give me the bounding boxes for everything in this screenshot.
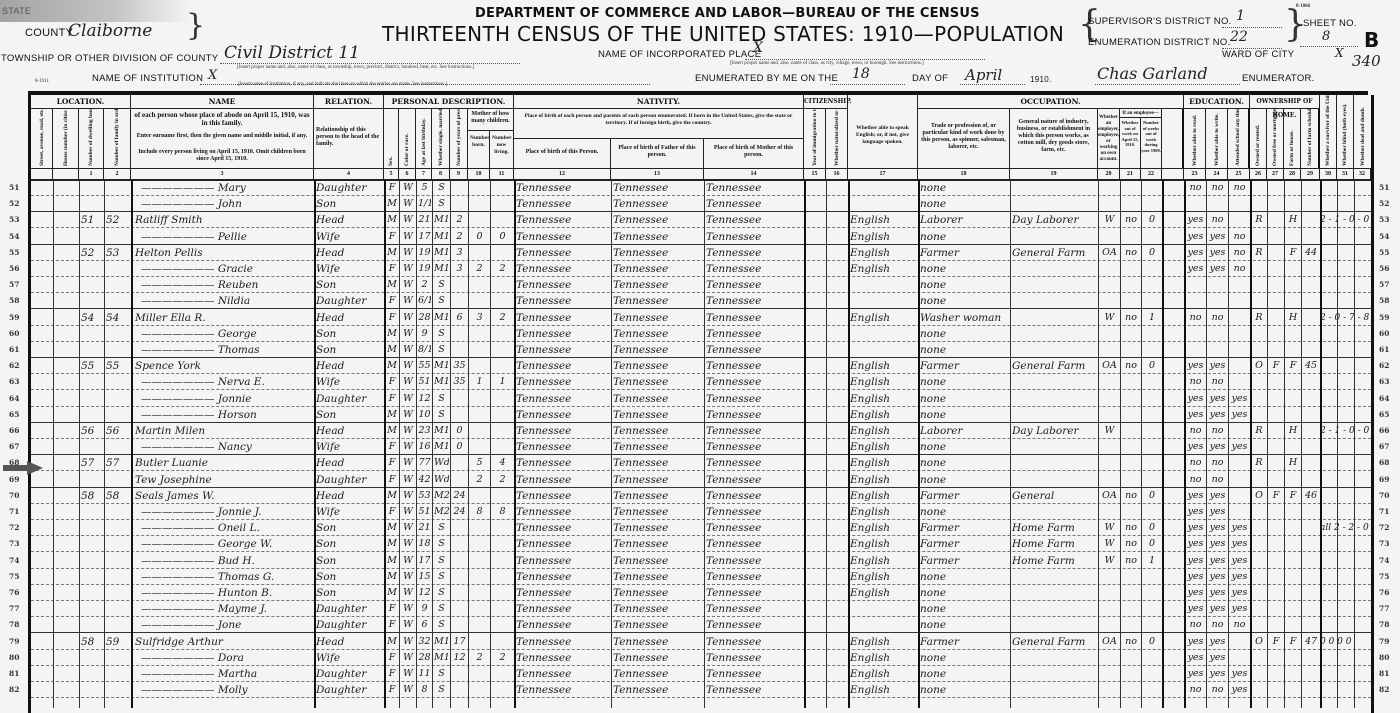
cell-sex: F	[386, 293, 398, 309]
cell-out	[1122, 504, 1140, 520]
cell-age: 6	[418, 617, 431, 633]
cell-industry	[1012, 310, 1097, 326]
cell-sex: M	[386, 326, 398, 342]
table-row: 5454Miller Ella R.HeadFW28M1632Tennessee…	[31, 310, 1371, 326]
cell-read: yes	[1186, 391, 1205, 407]
cell-family	[106, 650, 130, 666]
cell-dwelling	[81, 229, 103, 245]
cell-free	[1269, 520, 1283, 536]
header-employer: Whether an employer, employee, or workin…	[1098, 109, 1120, 168]
cell-dwelling	[81, 374, 103, 390]
group-nativity: NATIVITY.	[514, 95, 804, 109]
cell-emp	[1100, 229, 1119, 245]
person-name: Sulfridge Arthur	[133, 634, 315, 650]
table-row: ——————— MollyDaughterFW8STennesseeTennes…	[31, 682, 1371, 698]
cell-industry: Home Farm	[1012, 536, 1097, 552]
cell-sched	[1303, 342, 1319, 358]
table-row: ——————— NildiaDaughterFW6/12STennesseeTe…	[31, 293, 1371, 309]
cell-industry	[1012, 374, 1097, 390]
column-number: 2	[104, 169, 131, 179]
cell-marital: M2	[434, 488, 449, 504]
cell-years-married	[452, 472, 467, 488]
cell-read: yes	[1186, 553, 1205, 569]
cell-living	[492, 553, 513, 569]
person-name: Spence York	[133, 358, 315, 374]
cell-mother-birth: Tennessee	[706, 569, 803, 585]
cell-weeks: 0	[1143, 536, 1161, 552]
cell-write: no	[1208, 310, 1227, 326]
cell-dwelling	[81, 601, 103, 617]
cell-born: 1	[470, 374, 489, 390]
line-number-left: 64	[9, 394, 19, 403]
cell-read: yes	[1186, 407, 1205, 423]
cell-write: yes	[1208, 634, 1227, 650]
cell-veteran-marks: 2 - 1 - 0 - 0	[1320, 423, 1371, 439]
cell-sex: F	[386, 682, 398, 698]
cell-sex: F	[386, 180, 398, 196]
cell-trade: Laborer	[920, 212, 1009, 228]
cell-farm	[1286, 536, 1300, 552]
cell-write	[1208, 326, 1227, 342]
grid-line	[1206, 180, 1207, 708]
cell-family	[106, 293, 130, 309]
cell-mother-birth: Tennessee	[706, 342, 803, 358]
township-label: Township or other division of county	[1, 53, 218, 64]
cell-out	[1122, 261, 1140, 277]
cell-living	[492, 342, 513, 358]
cell-race: W	[401, 229, 415, 245]
cell-years-married: 17	[452, 634, 467, 650]
cell-race: W	[401, 666, 415, 682]
cell-trade: none	[920, 277, 1009, 293]
cell-industry: Day Laborer	[1012, 423, 1097, 439]
cell-sex: M	[386, 423, 398, 439]
cell-father-birth: Tennessee	[613, 423, 703, 439]
cell-school	[1230, 374, 1249, 390]
cell-father-birth: Tennessee	[613, 650, 703, 666]
group-education: EDUCATION.	[1184, 95, 1250, 109]
cell-age: 16	[418, 439, 431, 455]
cell-weeks	[1143, 666, 1161, 682]
cell-out: no	[1122, 536, 1140, 552]
cell-free	[1269, 650, 1283, 666]
line-number-left: 57	[9, 280, 19, 289]
cell-english: English	[850, 585, 917, 601]
cell-write: yes	[1208, 504, 1227, 520]
header-dwelling: Number of dwelling house in order of vis…	[79, 109, 104, 168]
cell-weeks	[1143, 439, 1161, 455]
line-number-right: 59	[1379, 313, 1389, 322]
cell-born	[470, 553, 489, 569]
cell-race: W	[401, 326, 415, 342]
cell-race: W	[401, 261, 415, 277]
cell-family: 56	[106, 423, 130, 439]
cell-race: W	[401, 180, 415, 196]
column-number: 24	[1206, 169, 1228, 179]
line-number-left: 55	[9, 248, 19, 257]
cell-farm	[1286, 666, 1300, 682]
cell-relation: Son	[316, 585, 383, 601]
cell-free	[1269, 245, 1283, 261]
cell-emp	[1100, 439, 1119, 455]
cell-race: W	[401, 423, 415, 439]
cell-born	[470, 569, 489, 585]
column-number: 11	[490, 169, 514, 179]
cell-english: English	[850, 391, 917, 407]
cell-sched	[1303, 585, 1319, 601]
cell-sex: F	[386, 504, 398, 520]
column-number: 15	[804, 169, 826, 179]
month-underline	[960, 84, 1025, 85]
cell-years-married: 3	[452, 245, 467, 261]
grid-line	[826, 180, 827, 708]
cell-mother-birth: Tennessee	[706, 310, 803, 326]
cell-dwelling	[81, 180, 103, 196]
sheet-side: B	[1364, 28, 1379, 52]
cell-industry	[1012, 650, 1097, 666]
cell-trade: none	[920, 374, 1009, 390]
cell-trade: Farmer	[920, 553, 1009, 569]
cell-age: 28	[418, 310, 431, 326]
table-row: ——————— MarthaDaughterFW11STennesseeTenn…	[31, 666, 1371, 682]
cell-living	[492, 277, 513, 293]
table-row: ——————— George W.SonMW18STennesseeTennes…	[31, 536, 1371, 552]
cell-farm	[1286, 407, 1300, 423]
cell-out	[1122, 569, 1140, 585]
person-name: ——————— Nancy	[133, 439, 321, 455]
cell-birth: Tennessee	[516, 650, 610, 666]
grid-line	[1337, 180, 1338, 708]
grid-line	[399, 180, 400, 708]
cell-father-birth: Tennessee	[613, 342, 703, 358]
cell-marital: S	[434, 326, 449, 342]
cell-age: 8	[418, 682, 431, 698]
cell-birth: Tennessee	[516, 277, 610, 293]
cell-father-birth: Tennessee	[613, 472, 703, 488]
grid-line	[1141, 180, 1142, 708]
cell-free	[1269, 423, 1283, 439]
cell-weeks	[1143, 342, 1161, 358]
column-number: 25	[1228, 169, 1250, 179]
cell-birth: Tennessee	[516, 504, 610, 520]
cell-sex: M	[386, 536, 398, 552]
cell-birth: Tennessee	[516, 391, 610, 407]
header-children-living: Number now living.	[490, 131, 514, 168]
county-brace: }	[186, 8, 205, 43]
cell-farm: H	[1286, 455, 1300, 471]
cell-english: English	[850, 553, 917, 569]
header-read: Whether able to read.	[1184, 109, 1206, 168]
cell-trade: Farmer	[920, 536, 1009, 552]
cell-trade: none	[920, 666, 1009, 682]
cell-dwelling	[81, 407, 103, 423]
cell-free	[1269, 326, 1283, 342]
grid-line	[1320, 180, 1322, 708]
cell-industry	[1012, 601, 1097, 617]
cell-industry	[1012, 293, 1097, 309]
cell-born	[470, 293, 489, 309]
cell-race: W	[401, 293, 415, 309]
cell-out	[1122, 423, 1140, 439]
cell-free	[1269, 601, 1283, 617]
cell-own: R	[1252, 423, 1266, 439]
cell-school: yes	[1230, 601, 1249, 617]
cell-sex: M	[386, 212, 398, 228]
supervisor-label: Supervisor's District No.	[1088, 16, 1232, 27]
cell-emp: W	[1100, 423, 1119, 439]
cell-years-married	[452, 180, 467, 196]
cell-birth: Tennessee	[516, 682, 610, 698]
column-number: 22	[1141, 169, 1162, 179]
cell-family: 53	[106, 245, 130, 261]
cell-emp: W	[1100, 212, 1119, 228]
cell-sex: M	[386, 520, 398, 536]
cell-dwelling	[81, 553, 103, 569]
cell-sched	[1303, 650, 1319, 666]
cell-english: English	[850, 569, 917, 585]
cell-own	[1252, 617, 1266, 633]
cell-write: yes	[1208, 650, 1227, 666]
column-number: 9	[450, 169, 468, 179]
cell-trade: none	[920, 261, 1009, 277]
line-number-right: 67	[1379, 442, 1389, 451]
header-birthplace: Place of birth of this Person.	[514, 139, 611, 168]
cell-mother-birth: Tennessee	[706, 553, 803, 569]
cell-industry	[1012, 439, 1097, 455]
cell-trade: Laborer	[920, 423, 1009, 439]
table-row: 5859Sulfridge ArthurHeadMW32M117Tennesse…	[31, 634, 1371, 650]
cell-relation: Daughter	[316, 391, 383, 407]
cell-free	[1269, 407, 1283, 423]
cell-marital: M1	[434, 439, 449, 455]
table-row: ——————— JoneDaughterFW6STennesseeTenness…	[31, 617, 1371, 633]
cell-race: W	[401, 585, 415, 601]
cell-family	[106, 601, 130, 617]
line-number-left: 65	[9, 410, 19, 419]
line-number-left: 52	[9, 199, 19, 208]
cell-farm: H	[1286, 310, 1300, 326]
person-name: Tew Josephine	[133, 472, 315, 488]
cell-age: 23	[418, 423, 431, 439]
cell-industry	[1012, 342, 1097, 358]
cell-read: yes	[1186, 520, 1205, 536]
header-if-employee: If an employee—	[1120, 109, 1162, 118]
cell-age: 15	[418, 569, 431, 585]
cell-born	[470, 488, 489, 504]
cell-own	[1252, 374, 1266, 390]
grid-line	[432, 180, 433, 708]
cell-write: yes	[1208, 407, 1227, 423]
day-of-label: day of	[912, 73, 948, 84]
table-row: ——————— JohnSonMW1/12STennesseeTennessee…	[31, 196, 1371, 212]
cell-own: R	[1252, 310, 1266, 326]
column-number: 10	[468, 169, 490, 179]
cell-mother-birth: Tennessee	[706, 682, 803, 698]
cell-school: yes	[1230, 569, 1249, 585]
cell-sched	[1303, 196, 1319, 212]
cell-school: yes	[1230, 585, 1249, 601]
cell-relation: Son	[316, 569, 383, 585]
cell-industry	[1012, 277, 1097, 293]
cell-out	[1122, 650, 1140, 666]
cell-birth: Tennessee	[516, 196, 610, 212]
cell-born	[470, 682, 489, 698]
cell-farm	[1286, 472, 1300, 488]
cell-mother-birth: Tennessee	[706, 666, 803, 682]
cell-write: no	[1208, 212, 1227, 228]
cell-free	[1269, 472, 1283, 488]
cell-born	[470, 212, 489, 228]
cell-sex: M	[386, 488, 398, 504]
cell-weeks	[1143, 682, 1161, 698]
cell-mother-birth: Tennessee	[706, 455, 803, 471]
cell-own	[1252, 536, 1266, 552]
cell-race: W	[401, 553, 415, 569]
cell-born: 3	[470, 310, 489, 326]
cell-out	[1122, 585, 1140, 601]
cell-mother-birth: Tennessee	[706, 617, 803, 633]
line-number-right: 73	[1379, 539, 1389, 548]
cell-school: no	[1230, 261, 1249, 277]
cell-weeks	[1143, 261, 1161, 277]
cell-write: yes	[1208, 601, 1227, 617]
cell-age: 19	[418, 261, 431, 277]
cell-farm: F	[1286, 488, 1300, 504]
cell-emp	[1100, 391, 1119, 407]
cell-write: yes	[1208, 391, 1227, 407]
cell-free	[1269, 196, 1283, 212]
cell-years-married	[452, 293, 467, 309]
cell-school	[1230, 293, 1249, 309]
cell-school	[1230, 310, 1249, 326]
cell-mother-birth: Tennessee	[706, 358, 803, 374]
cell-mother-birth: Tennessee	[706, 650, 803, 666]
cell-school: yes	[1230, 439, 1249, 455]
line-number-left: 72	[9, 523, 19, 532]
cell-own: R	[1252, 455, 1266, 471]
cell-race: W	[401, 374, 415, 390]
person-name: ——————— Gracie	[133, 261, 321, 277]
cell-age: 19	[418, 245, 431, 261]
cell-read: no	[1186, 180, 1205, 196]
cell-industry: Home Farm	[1012, 553, 1097, 569]
line-number-left: 60	[9, 329, 19, 338]
cell-living: 1	[492, 374, 513, 390]
cell-relation: Daughter	[316, 666, 383, 682]
header-weeks-out: Number of weeks out of work during year …	[1141, 118, 1162, 168]
cell-mother-birth: Tennessee	[706, 293, 803, 309]
cell-write: yes	[1208, 569, 1227, 585]
cell-farm	[1286, 326, 1300, 342]
cell-years-married	[452, 553, 467, 569]
cell-own	[1252, 650, 1266, 666]
grid-line	[450, 180, 451, 708]
ward-value: X	[1335, 46, 1344, 60]
header-sex: Sex.	[384, 109, 399, 168]
cell-age: 18	[418, 536, 431, 552]
cell-out	[1122, 196, 1140, 212]
grid-line	[804, 180, 806, 708]
cell-out	[1122, 455, 1140, 471]
cell-write: no	[1208, 423, 1227, 439]
cell-father-birth: Tennessee	[613, 261, 703, 277]
cell-years-married: 35	[452, 374, 467, 390]
cell-mother-birth: Tennessee	[706, 391, 803, 407]
column-number: 28	[1284, 169, 1301, 179]
cell-out	[1122, 391, 1140, 407]
cell-years-married	[452, 585, 467, 601]
cell-living	[492, 488, 513, 504]
cell-english: English	[850, 212, 917, 228]
cell-years-married: 12	[452, 650, 467, 666]
grid-line	[918, 180, 920, 708]
cell-mother-birth: Tennessee	[706, 407, 803, 423]
cell-emp: OA	[1100, 634, 1119, 650]
cell-living	[492, 358, 513, 374]
cell-sex: F	[386, 229, 398, 245]
cell-born	[470, 423, 489, 439]
line-number-left: 70	[9, 491, 19, 500]
cell-family	[106, 261, 130, 277]
person-name: ——————— Pellie	[133, 229, 321, 245]
cell-weeks	[1143, 472, 1161, 488]
cell-farm	[1286, 585, 1300, 601]
cell-father-birth: Tennessee	[613, 504, 703, 520]
cell-school	[1230, 212, 1249, 228]
cell-trade: Farmer	[920, 634, 1009, 650]
column-number: 21	[1120, 169, 1141, 179]
column-number: 13	[611, 169, 704, 179]
cell-industry	[1012, 569, 1097, 585]
header-years-married: Number of years of present marriage.	[450, 109, 468, 168]
enumerator-underline	[1095, 84, 1240, 85]
cell-english: English	[850, 472, 917, 488]
column-number: 30	[1320, 169, 1337, 179]
cell-dwelling	[81, 520, 103, 536]
cell-race: W	[401, 407, 415, 423]
cell-father-birth: Tennessee	[613, 617, 703, 633]
cell-weeks	[1143, 277, 1161, 293]
cell-school: yes	[1230, 407, 1249, 423]
cell-birth: Tennessee	[516, 553, 610, 569]
cell-birth: Tennessee	[516, 472, 610, 488]
group-relation: RELATION.	[314, 95, 384, 109]
cell-farm	[1286, 650, 1300, 666]
cell-farm: F	[1286, 358, 1300, 374]
cell-english: English	[850, 455, 917, 471]
cell-born: 8	[470, 504, 489, 520]
township-value: Civil District 11	[224, 43, 360, 63]
line-number-left: 69	[9, 475, 19, 484]
cell-marital: S	[434, 407, 449, 423]
enumerated-label: Enumerated by me on the	[695, 73, 838, 84]
cell-dwelling	[81, 617, 103, 633]
table-row: ——————— MaryDaughterFW5STennesseeTenness…	[31, 180, 1371, 196]
cell-age: 51	[418, 504, 431, 520]
grid-line	[104, 180, 105, 708]
cell-own: R	[1252, 212, 1266, 228]
cell-read: no	[1186, 310, 1205, 326]
cell-relation: Daughter	[316, 601, 383, 617]
cell-birth: Tennessee	[516, 374, 610, 390]
cell-read: yes	[1186, 358, 1205, 374]
table-row: 5253Helton PellisHeadMW19M13TennesseeTen…	[31, 245, 1371, 261]
cell-emp	[1100, 650, 1119, 666]
cell-years-married	[452, 407, 467, 423]
cell-sex: M	[386, 407, 398, 423]
incorporated-place-value: X	[753, 40, 763, 56]
cell-family	[106, 682, 130, 698]
